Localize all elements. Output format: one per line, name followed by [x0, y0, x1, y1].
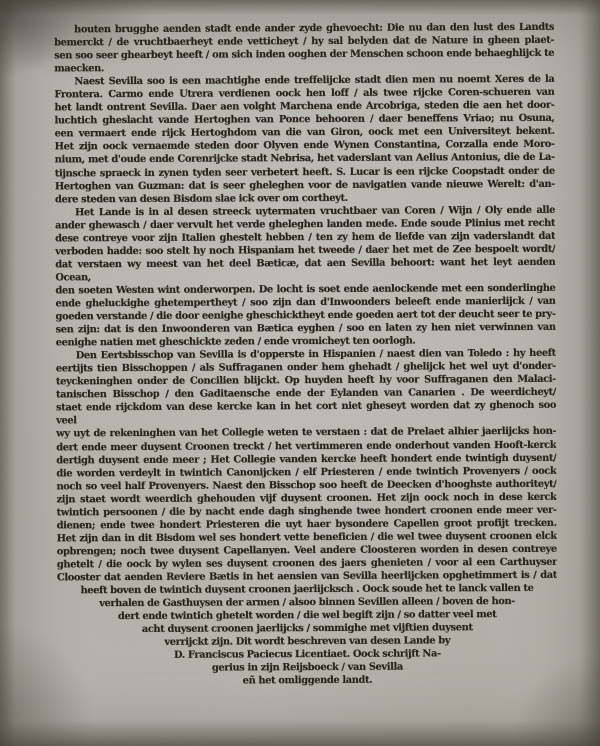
- text-line: sen zijn: dat is den Inwoonderen van Bæt…: [56, 321, 556, 337]
- document-page: houten brugghe aenden stadt ende ander z…: [0, 0, 600, 746]
- text-line: dat verstaen wy meest van het deel Bætic…: [55, 256, 555, 285]
- text-line: staet ende rijckdom van dese kercke kan …: [56, 399, 556, 428]
- text-line: sen soo seer ghearbeyt heeft / om sich i…: [54, 47, 554, 63]
- text-block: houten brugghe aenden stadt ende ander z…: [54, 21, 557, 689]
- text-line: eñ het omliggende landt.: [57, 673, 557, 689]
- text-line: Hertoghen van Guzman: dat is seer gheleg…: [55, 177, 555, 193]
- photo-backdrop: houten brugghe aenden stadt ende ander z…: [0, 0, 600, 746]
